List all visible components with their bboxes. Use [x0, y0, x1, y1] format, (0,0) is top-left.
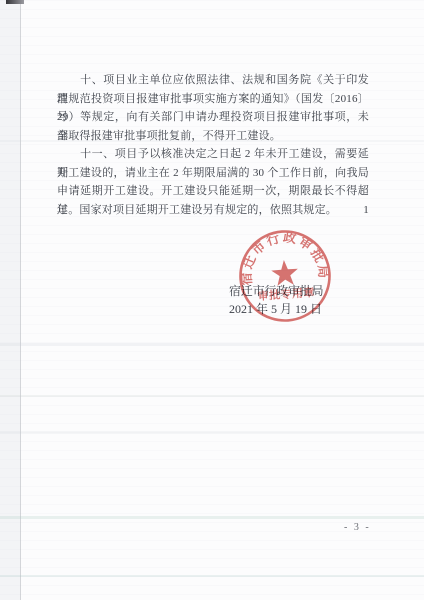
- scan-band: [0, 343, 424, 346]
- paragraph-line: 年。国家对项目延期开工建设另有规定的，依照其规定。: [57, 201, 369, 220]
- seal-label: 审批专用章: [257, 285, 315, 303]
- scan-fold-line: [20, 0, 21, 600]
- scan-corner-mark: [6, 0, 24, 4]
- seal-star: [271, 259, 299, 286]
- document-page: 十、项目业主单位应依照法律、法规和国务院《关于印发清 理规范投资项目报建审批事项…: [0, 0, 424, 600]
- scan-band: [0, 516, 424, 519]
- document-body: 十、项目业主单位应依照法律、法规和国务院《关于印发清 理规范投资项目报建审批事项…: [57, 71, 369, 219]
- paragraph-line: 理规范投资项目报建审批事项实施方案的通知》（国发〔2016〕29: [57, 90, 369, 109]
- scan-band: [0, 575, 424, 577]
- scan-fold-shade: [0, 0, 20, 600]
- scan-band: [0, 395, 424, 397]
- paragraph-line: 十一、项目予以核准决定之日起 2 年未开工建设，需要延期: [57, 145, 369, 164]
- page-number: - 3 -: [344, 522, 371, 533]
- paragraph-line: 十、项目业主单位应依照法律、法规和国务院《关于印发清: [57, 71, 369, 90]
- paragraph-line: 申请延期开工建设。开工建设只能延期一次，期限最长不得超过 1: [57, 182, 369, 201]
- paragraph-line: 部取得报建审批事项批复前，不得开工建设。: [57, 127, 369, 146]
- official-seal: 宿迁市行政审批局 审批专用章: [235, 226, 335, 326]
- paragraph-line: 开工建设的，请业主在 2 年期限届满的 30 个工作日前，向我局: [57, 164, 369, 183]
- scan-band: [0, 431, 424, 434]
- paragraph-line: 号）等规定，向有关部门申请办理投资项目报建审批事项，未全: [57, 108, 369, 127]
